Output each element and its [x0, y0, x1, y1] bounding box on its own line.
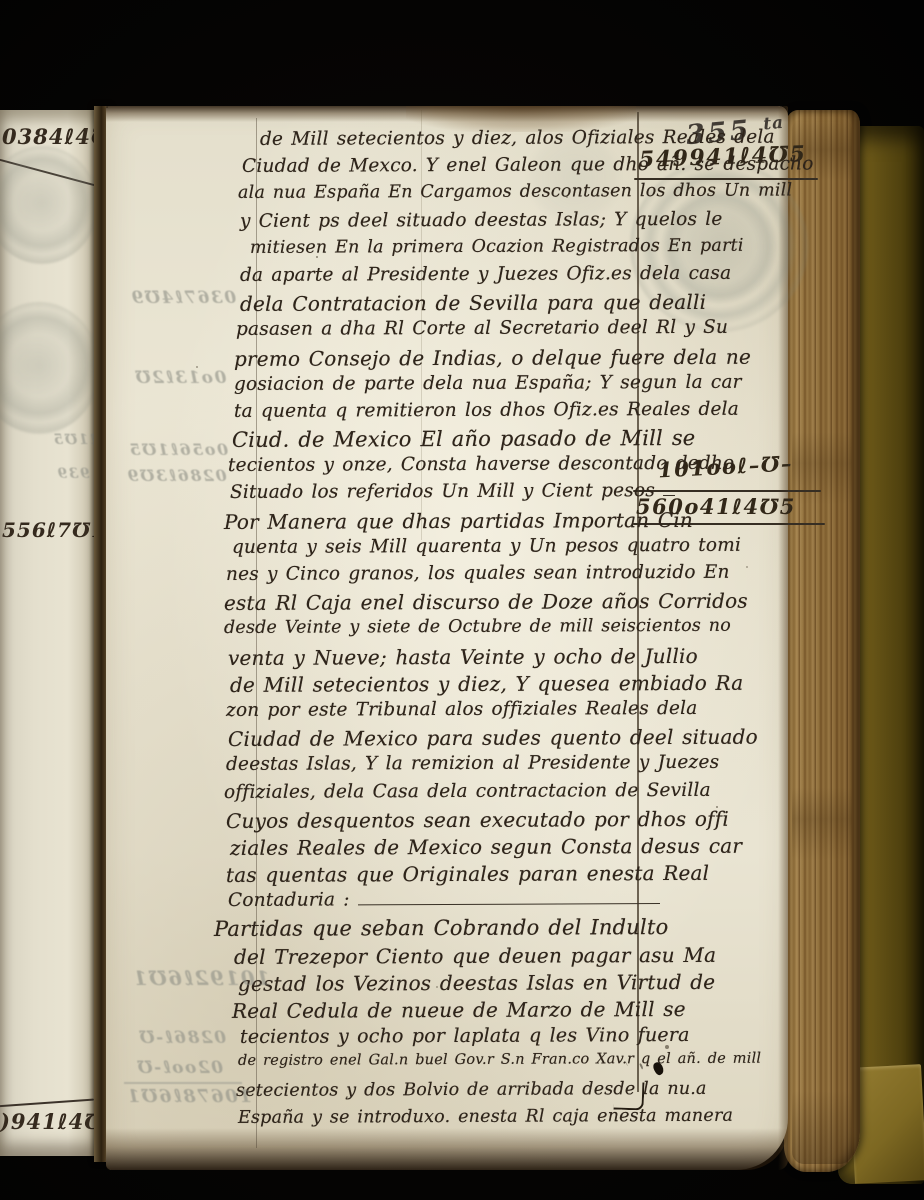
manuscript-line-text: esta Rl Caja enel discurso de Doze años … [224, 589, 748, 615]
manuscript-line: gosiacion de parte dela nua España; Y se… [234, 372, 660, 401]
paper-specks [106, 106, 108, 108]
margin-rule-mid-1 [633, 490, 821, 492]
manuscript-line-text: Cuyos desquentos sean executado por dhos… [226, 806, 729, 832]
manuscript-line-text: deestas Islas, Y la remizion al Presiden… [226, 752, 719, 775]
manuscript-line-text: dela Contratacion de Sevilla para que de… [240, 290, 706, 316]
manuscript-line-text: España y se introduxo. enesta Rl caja en… [238, 1106, 733, 1128]
manuscript-line-text: Por Manera que dhas partidas Importan Ci… [224, 508, 693, 534]
manuscript-line: quenta y seis Mill quarenta y Un pesos q… [232, 535, 660, 564]
manuscript-line-text: del Trezepor Ciento que deuen pagar asu … [234, 942, 716, 968]
burnt-bottom-edge [106, 1128, 788, 1170]
manuscript-line: Ciudad de Mexico para sudes quento deel … [228, 725, 660, 754]
manuscript-line: nes y Cinco granos, los quales sean intr… [226, 562, 660, 591]
manuscript-line-text: tas quentas que Originales paran enesta … [226, 861, 709, 887]
trailing-rule [358, 903, 660, 905]
manuscript-line-text: tecientos y ocho por laplata q les Vino … [240, 1024, 690, 1048]
manuscript-line-text: Situado los referidos Un Mill y Cient pe… [230, 481, 655, 504]
closing-bracket [614, 1081, 645, 1110]
manuscript-line: de Mill setecientos y diez, alos Ofizial… [260, 127, 660, 156]
manuscript-line-text: quenta y seis Mill quarenta y Un pesos q… [232, 535, 741, 558]
manuscript-line-text: Ciudad de Mexico para sudes quento deel … [228, 725, 758, 751]
manuscript-line-text: ala nua España En Cargamos descontasen l… [238, 181, 792, 203]
verso-seal-stamp-1 [0, 146, 98, 264]
book-cover-corner [849, 1064, 924, 1184]
manuscript-text-block: de Mill setecientos y diez, alos Ofizial… [224, 128, 660, 1134]
manuscript-line-text: de Mill setecientos y diez, alos Ofizial… [260, 127, 775, 150]
manuscript-line-text: pasasen a dha Rl Corte al Secretario dee… [236, 317, 728, 340]
manuscript-line: Ciudad de Mexco. Y enel Galeon que dho a… [242, 154, 660, 183]
manuscript-line: Ciud. de Mexico El año pasado de Mill se [232, 426, 660, 455]
manuscript-line: tecientos y onze, Consta haverse descont… [228, 453, 660, 482]
manuscript-line-text: Real Cedula de nueue de Marzo de Mill se [232, 997, 686, 1023]
manuscript-line-text: premo Consejo de Indias, o delque fuere … [234, 344, 751, 370]
manuscript-line-text: ziales Reales de Mexico segun Consta des… [230, 834, 742, 860]
manuscript-line-text: y Cient ps deel situado deestas Islas; Y… [240, 208, 723, 231]
manuscript-line-text: mitiesen En la primera Ocazion Registrad… [250, 235, 744, 257]
manuscript-line-text: venta y Nueve; hasta Veinte y ocho de Ju… [228, 643, 698, 669]
manuscript-line: pasasen a dha Rl Corte al Secretario dee… [236, 317, 660, 346]
manuscript-line: zon por este Tribunal alos offiziales Re… [226, 698, 660, 727]
manuscript-line: tas quentas que Originales paran enesta … [226, 861, 660, 890]
manuscript-line: deestas Islas, Y la remizion al Presiden… [226, 752, 660, 781]
bleed-through-numeral: 0o13ℓ2℧ [134, 368, 226, 388]
manuscript-line-text: gestad los Vezinos deestas Islas en Virt… [238, 970, 715, 996]
manuscript-line: Cuyos desquentos sean executado por dhos… [226, 807, 660, 836]
manuscript-line: venta y Nueve; hasta Veinte y ocho de Ju… [228, 644, 660, 673]
manuscript-line-text: ta quenta q remitieron los dhos Ofiz.es … [234, 399, 739, 422]
verso-page-strip: 0384ℓ4℧) 556ℓ7℧1o ℓ1℧5939 )941ℓ4℧5 [0, 110, 97, 1156]
manuscript-line: de Mill setecientos y diez, Y quesea emb… [230, 671, 660, 700]
verso-bottom-rule [0, 1099, 94, 1108]
manuscript-line-text: Ciud. de Mexico El año pasado de Mill se [232, 426, 696, 452]
manuscript-line: Real Cedula de nueue de Marzo de Mill se [232, 997, 660, 1026]
manuscript-line: esta Rl Caja enel discurso de Doze años … [224, 589, 660, 618]
manuscript-line: Partidas que seban Cobrando del Indulto [214, 915, 660, 944]
manuscript-line-text: Ciudad de Mexco. Y enel Galeon que dho a… [242, 154, 814, 177]
verso-seal-stamp-2 [0, 302, 100, 434]
manuscript-line: España y se introduxo. enesta Rl caja en… [238, 1106, 660, 1135]
bleed-through-numeral: 10678ℓ6℧1 [126, 1086, 252, 1107]
manuscript-line: Contaduria : [228, 888, 660, 917]
manuscript-line-text: de Mill setecientos y diez, Y quesea emb… [230, 670, 743, 696]
manuscript-line: dela Contratacion de Sevilla para que de… [240, 290, 660, 319]
manuscript-line-text: Contaduria : [228, 890, 350, 912]
bleed-through-numeral: 0367ℓ4℧9 [130, 288, 236, 308]
manuscript-line: y Cient ps deel situado deestas Islas; Y… [240, 209, 660, 238]
manuscript-line: Por Manera que dhas partidas Importan Ci… [224, 508, 660, 537]
manuscript-line: de registro enel Gal.n buel Gov.r S.n Fr… [238, 1051, 660, 1080]
bleed-through-numeral: 0286ℓ-℧ [138, 1028, 226, 1048]
recto-page: 355 ta 549941ℓ4℧5 101ooℓ–℧– 560o41ℓ4℧5 d… [106, 106, 788, 1170]
manuscript-line: offiziales, dela Casa dela contractacion… [224, 780, 660, 809]
manuscript-line-text: tecientos y onze, Consta haverse descont… [228, 453, 734, 476]
bleed-through-numeral: ℓ1℧5 [52, 432, 97, 448]
manuscript-line: ziales Reales de Mexico segun Consta des… [230, 834, 660, 863]
manuscript-line: ta quenta q remitieron los dhos Ofiz.es … [234, 399, 660, 428]
manuscript-line: ala nua España En Cargamos descontasen l… [238, 181, 660, 210]
manuscript-line: Situado los referidos Un Mill y Cient pe… [230, 480, 660, 509]
manuscript-line-text: Partidas que seban Cobrando del Indulto [214, 915, 669, 941]
bleed-through-numeral: 0286ℓ3℧9 [126, 466, 227, 485]
manuscript-line-text: desde Veinte y siete de Octubre de mill … [224, 616, 731, 638]
manuscript-line: mitiesen En la primera Ocazion Registrad… [250, 236, 660, 265]
bleed-through-rule [124, 1082, 242, 1084]
manuscript-line-text: gosiacion de parte dela nua España; Y se… [234, 371, 742, 394]
bleed-through-numeral: 0o56ℓ1℧5 [128, 440, 228, 459]
manuscript-line-text: nes y Cinco granos, los quales sean intr… [226, 562, 730, 585]
manuscript-line: setecientos y dos Bolvio de arribada des… [236, 1079, 660, 1108]
manuscript-line-text: zon por este Tribunal alos offiziales Re… [226, 698, 698, 721]
bleed-through-numeral: 939 [56, 466, 90, 482]
manuscript-line: del Trezepor Ciento que deuen pagar asu … [234, 943, 660, 972]
manuscript-line-text: de registro enel Gal.n buel Gov.r S.n Fr… [238, 1051, 761, 1069]
manuscript-line-text: da aparte al Presidente y Juezes Ofiz.es… [240, 263, 731, 286]
manuscript-line: premo Consejo de Indias, o delque fuere … [234, 345, 660, 374]
bleed-through-numeral: 02ooℓ-℧ [136, 1058, 223, 1078]
manuscript-line: tecientos y ocho por laplata q les Vino … [240, 1024, 660, 1053]
manuscript-line: da aparte al Presidente y Juezes Ofiz.es… [240, 263, 660, 292]
manuscript-line: desde Veinte y siete de Octubre de mill … [224, 616, 660, 645]
manuscript-line-text: offiziales, dela Casa dela contractacion… [224, 779, 711, 802]
bleed-through-numeral: 10192ℓ6℧1 [132, 966, 270, 990]
manuscript-line: gestad los Vezinos deestas Islas en Virt… [238, 970, 660, 999]
